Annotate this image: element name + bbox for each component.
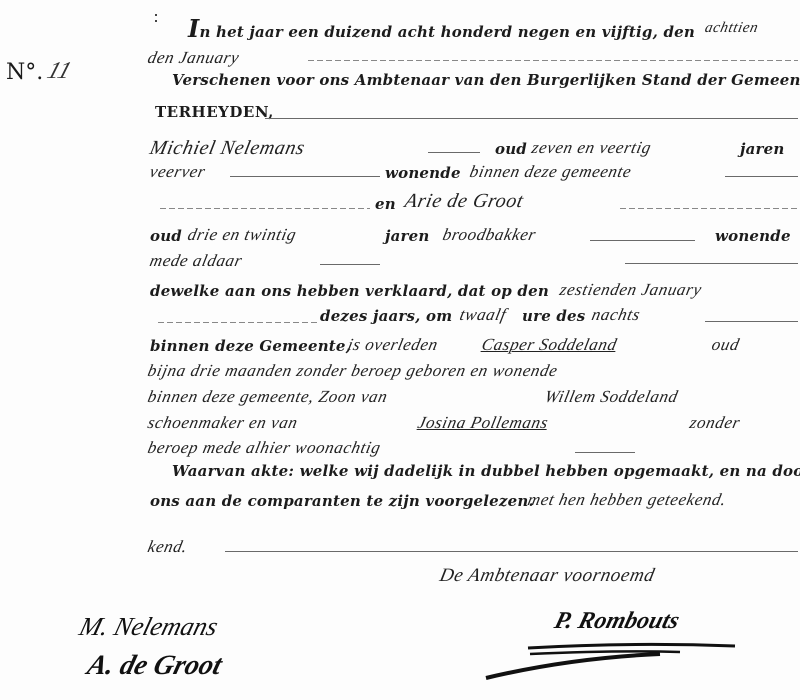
death-timeofday-handwritten: nachts: [590, 305, 642, 325]
printed-dezes-jaars: dezes jaars, om: [320, 307, 452, 325]
handwritten-kend: kend.: [146, 537, 190, 557]
signature-flourish: [480, 640, 740, 680]
printed-closing-line: Waarvan akte: welke wij dadelijk in dubb…: [172, 462, 800, 480]
witness1-name-handwritten: Michiel Nelemans: [148, 137, 307, 160]
record-number-value: 11: [44, 58, 75, 85]
witness1-residence-handwritten: binnen deze gemeente: [468, 162, 633, 182]
witness2-signature: A. de Groot: [84, 650, 226, 682]
handwritten-day: achttien: [703, 20, 760, 37]
death-date-handwritten: zestienden January: [558, 280, 704, 300]
printed-appearance-line: Verschenen voor ons Ambtenaar van den Bu…: [172, 71, 800, 89]
mother-name-handwritten: Josina Pollemans: [416, 413, 550, 433]
witness2-name-handwritten: Arie de Groot: [403, 190, 526, 213]
fill-line: [158, 322, 318, 323]
handwritten-is-overleden: is overleden: [346, 335, 440, 355]
fill-line: [575, 452, 635, 453]
deceased-name-handwritten: Casper Soddeland: [480, 335, 619, 355]
deceased-details-handwritten: bijna drie maanden zonder beroep geboren…: [146, 361, 560, 381]
ink-speck: [155, 20, 157, 22]
scanned-document-page: N°. 11 In het jaar een duizend acht hond…: [0, 0, 800, 700]
witness1-signature: M. Nelemans: [76, 612, 221, 642]
printed-declaration-line: dewelke aan ons hebben verklaard, dat op…: [150, 282, 549, 300]
fill-line: [705, 321, 798, 322]
printed-wonende: wonende: [715, 227, 791, 245]
printed-jaren: jaren: [740, 140, 785, 158]
printed-read-aloud-line: ons aan de comparanten te zijn voorgelez…: [150, 492, 534, 510]
witness2-occupation-handwritten: broodbakker: [441, 225, 538, 245]
official-title-handwritten: De Ambtenaar voornoemd: [438, 565, 657, 587]
record-number-label: N°.: [6, 60, 43, 85]
drop-initial: I: [188, 14, 199, 43]
ink-speck: [155, 14, 157, 16]
printed-text: n het jaar een duizend acht honderd nege…: [199, 23, 695, 41]
fill-line: [428, 152, 480, 153]
fill-line: [160, 208, 370, 209]
fill-line: [320, 264, 380, 265]
fill-line: [590, 240, 695, 241]
printed-oud: oud: [495, 140, 527, 158]
fill-line: [620, 208, 798, 209]
fill-line: [308, 60, 798, 61]
fill-line: [225, 551, 798, 552]
fill-line: [625, 263, 798, 264]
father-occupation-handwritten: schoenmaker en van: [146, 413, 300, 433]
fill-line: [265, 118, 798, 119]
handwritten-zonder: zonder: [688, 413, 742, 433]
mother-details-handwritten: beroep mede alhier woonachtig: [146, 438, 383, 458]
witness1-age-handwritten: zeven en veertig: [530, 138, 653, 158]
witness2-residence-handwritten: mede aldaar: [148, 251, 244, 271]
handwritten-residence-son-of: binnen deze gemeente, Zoon van: [146, 387, 390, 407]
handwritten-month: den January: [146, 48, 241, 68]
witness1-occupation-handwritten: veerver: [148, 162, 207, 182]
municipality-name: TERHEYDEN,: [155, 103, 274, 121]
witness2-age-handwritten: drie en twintig: [186, 225, 298, 245]
fill-line: [725, 176, 798, 177]
handwritten-signed-with: met hen hebben geteekend.: [526, 490, 728, 510]
handwritten-oud: oud: [710, 335, 742, 355]
printed-jaren: jaren: [385, 227, 430, 245]
father-name-handwritten: Willem Soddeland: [543, 387, 680, 407]
printed-line-year: In het jaar een duizend acht honderd neg…: [188, 14, 695, 43]
printed-wonende: wonende: [385, 164, 461, 182]
printed-oud: oud: [150, 227, 182, 245]
printed-ure-des: ure des: [522, 307, 585, 325]
fill-line: [230, 176, 380, 177]
death-hour-handwritten: twaalf: [458, 305, 508, 325]
printed-municipality-clause: binnen deze Gemeente,: [150, 337, 351, 355]
official-signature: P. Rombouts: [551, 608, 682, 635]
printed-en: en: [375, 195, 396, 213]
